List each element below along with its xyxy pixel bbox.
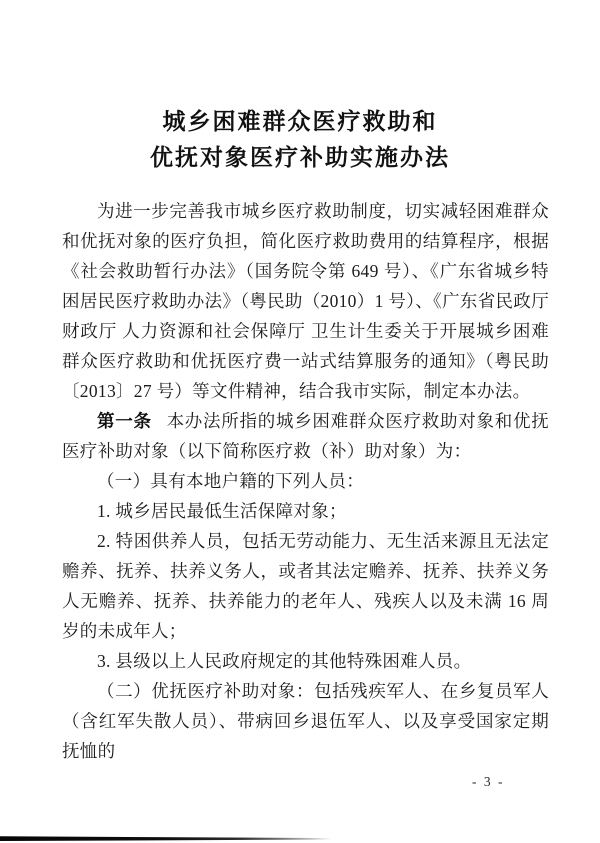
title-line-1: 城乡困难群众医疗救助和: [0, 104, 600, 140]
scanned-document-page: 城乡困难群众医疗救助和 优抚对象医疗补助实施办法 为进一步完善我市城乡医疗救助制…: [0, 0, 600, 843]
paragraph-clause-2: （二）优抚医疗补助对象：包括残疾军人、在乡复员军人（含红军失散人员）、带病回乡退…: [62, 676, 549, 766]
paragraph-item-2: 2. 特困供养人员，包括无劳动能力、无生活来源且无法定赡养、抚养、扶养义务人，或…: [62, 526, 549, 646]
scan-edge-artifact: [0, 836, 332, 841]
article-1-label: 第一条: [97, 411, 152, 431]
page-number: - 3 -: [472, 774, 505, 790]
title-line-2: 优抚对象医疗补助实施办法: [0, 140, 600, 176]
document-body: 为进一步完善我市城乡医疗救助制度，切实减轻困难群众和优抚对象的医疗负担，简化医疗…: [62, 196, 549, 766]
paragraph-item-1: 1. 城乡居民最低生活保障对象；: [62, 496, 549, 526]
paragraph-preamble: 为进一步完善我市城乡医疗救助制度，切实减轻困难群众和优抚对象的医疗负担，简化医疗…: [62, 196, 549, 406]
paragraph-item-3: 3. 县级以上人民政府规定的其他特殊困难人员。: [62, 646, 549, 676]
paragraph-clause-1: （一）具有本地户籍的下列人员：: [62, 466, 549, 496]
document-title: 城乡困难群众医疗救助和 优抚对象医疗补助实施办法: [0, 104, 600, 176]
paragraph-article-1: 第一条本办法所指的城乡困难群众医疗救助对象和优抚医疗补助对象（以下简称医疗救（补…: [62, 406, 549, 466]
